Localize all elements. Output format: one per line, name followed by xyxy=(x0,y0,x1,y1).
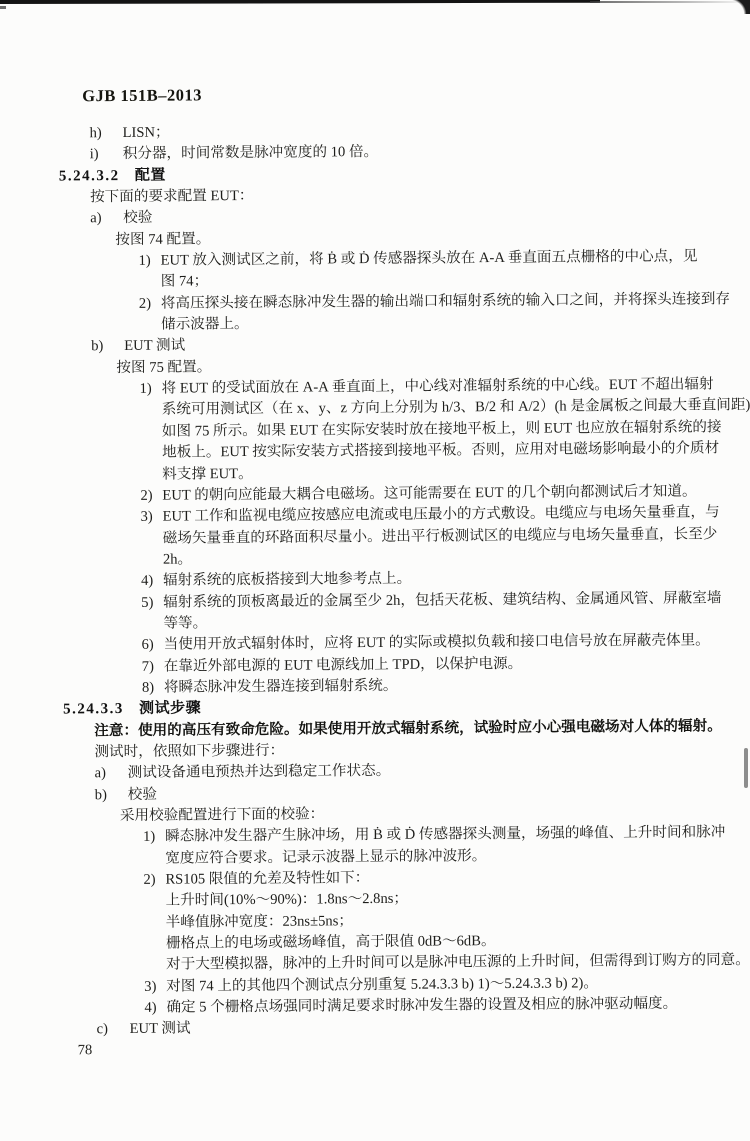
item-label: 8) xyxy=(142,678,154,699)
item-label: c) xyxy=(97,1020,109,1041)
page-content: GJB 151B–2013 h)LISN； i)积分器，时间常数是脉冲宽度的 1… xyxy=(0,0,750,1141)
item-label: h) xyxy=(89,123,101,144)
line-text: 测试设备通电预热并达到稳定工作状态。 xyxy=(128,761,391,784)
line-text: 等等。 xyxy=(163,613,207,635)
item-label: 2) xyxy=(143,870,155,891)
item-label: 6) xyxy=(142,635,154,656)
item-label: a) xyxy=(95,763,107,784)
line-text: 按图 75 配置。 xyxy=(116,357,211,379)
document-body: h)LISN； i)积分器，时间常数是脉冲宽度的 10 倍。 5.24.3.2配… xyxy=(0,118,750,1042)
line-text: 在靠近外部电源的 EUT 电源线加上 TPD，以保护电源。 xyxy=(164,653,523,677)
line-text: 校验 xyxy=(128,784,157,806)
page-number: 78 xyxy=(78,1042,93,1059)
line-text: 测试时，依照如下步骤进行： xyxy=(94,741,284,764)
line-text: 宽度应符合要求。记录示波器上显示的脉冲波形。 xyxy=(165,846,486,870)
item-label: i) xyxy=(90,145,99,166)
line-text: 储示波器上。 xyxy=(161,314,249,336)
line-text: 采用校验配置进行下面的校验： xyxy=(120,804,324,827)
item-label: a) xyxy=(90,209,102,230)
line-text: EUT 测试 xyxy=(130,1019,191,1041)
line-text: 将瞬态脉冲发生器连接到辐射系统。 xyxy=(164,676,398,699)
item-label: 4) xyxy=(141,571,153,592)
line-text: 测试步骤 xyxy=(139,699,201,721)
item-label: b) xyxy=(91,337,103,358)
line-text: 图 74； xyxy=(161,272,209,294)
item-label: 1) xyxy=(139,379,151,400)
line-text: 配置 xyxy=(135,165,166,187)
item-label: 7) xyxy=(142,656,154,677)
item-label: 1) xyxy=(138,251,150,272)
line-text: 积分器，时间常数是脉冲宽度的 10 倍。 xyxy=(123,142,379,165)
document-page: GJB 151B–2013 h)LISN； i)积分器，时间常数是脉冲宽度的 1… xyxy=(0,0,750,1141)
item-label: 2) xyxy=(139,294,151,315)
item-label: 5.24.3.3 xyxy=(63,699,124,721)
item-label: 1) xyxy=(143,827,155,848)
item-label: b) xyxy=(95,785,107,806)
line-text: 栅格点上的电场或磁场峰值，高于限值 0dB～6dB。 xyxy=(166,931,496,955)
line-text: 2h。 xyxy=(163,549,192,571)
item-label: 5) xyxy=(141,592,153,613)
line-text: 上升时间(10%～90%)：1.8ns～2.8ns； xyxy=(166,889,409,912)
line-text: 按图 74 配置。 xyxy=(115,229,210,251)
standard-number-header: GJB 151B–2013 xyxy=(82,85,202,106)
line-text: 按下面的要求配置 EUT： xyxy=(90,186,254,209)
item-label: 4) xyxy=(144,998,156,1019)
line-text: 半峰值脉冲宽度：23ns±5ns； xyxy=(166,911,353,934)
text-line: c)EUT 测试 xyxy=(4,1014,750,1041)
line-text: 辐射系统的底板搭接到大地参考点上。 xyxy=(163,569,411,592)
item-label: 3) xyxy=(140,507,152,528)
item-label: 3) xyxy=(144,976,156,997)
item-label: 2) xyxy=(140,486,152,507)
line-text: RS105 限值的允差及特性如下： xyxy=(165,868,369,891)
line-text: 料支撑 EUT。 xyxy=(162,463,253,485)
line-text: EUT 测试 xyxy=(124,336,185,358)
line-text: LISN； xyxy=(122,123,169,145)
item-label: 5.24.3.2 xyxy=(59,166,120,188)
line-text: 校验 xyxy=(123,208,152,230)
